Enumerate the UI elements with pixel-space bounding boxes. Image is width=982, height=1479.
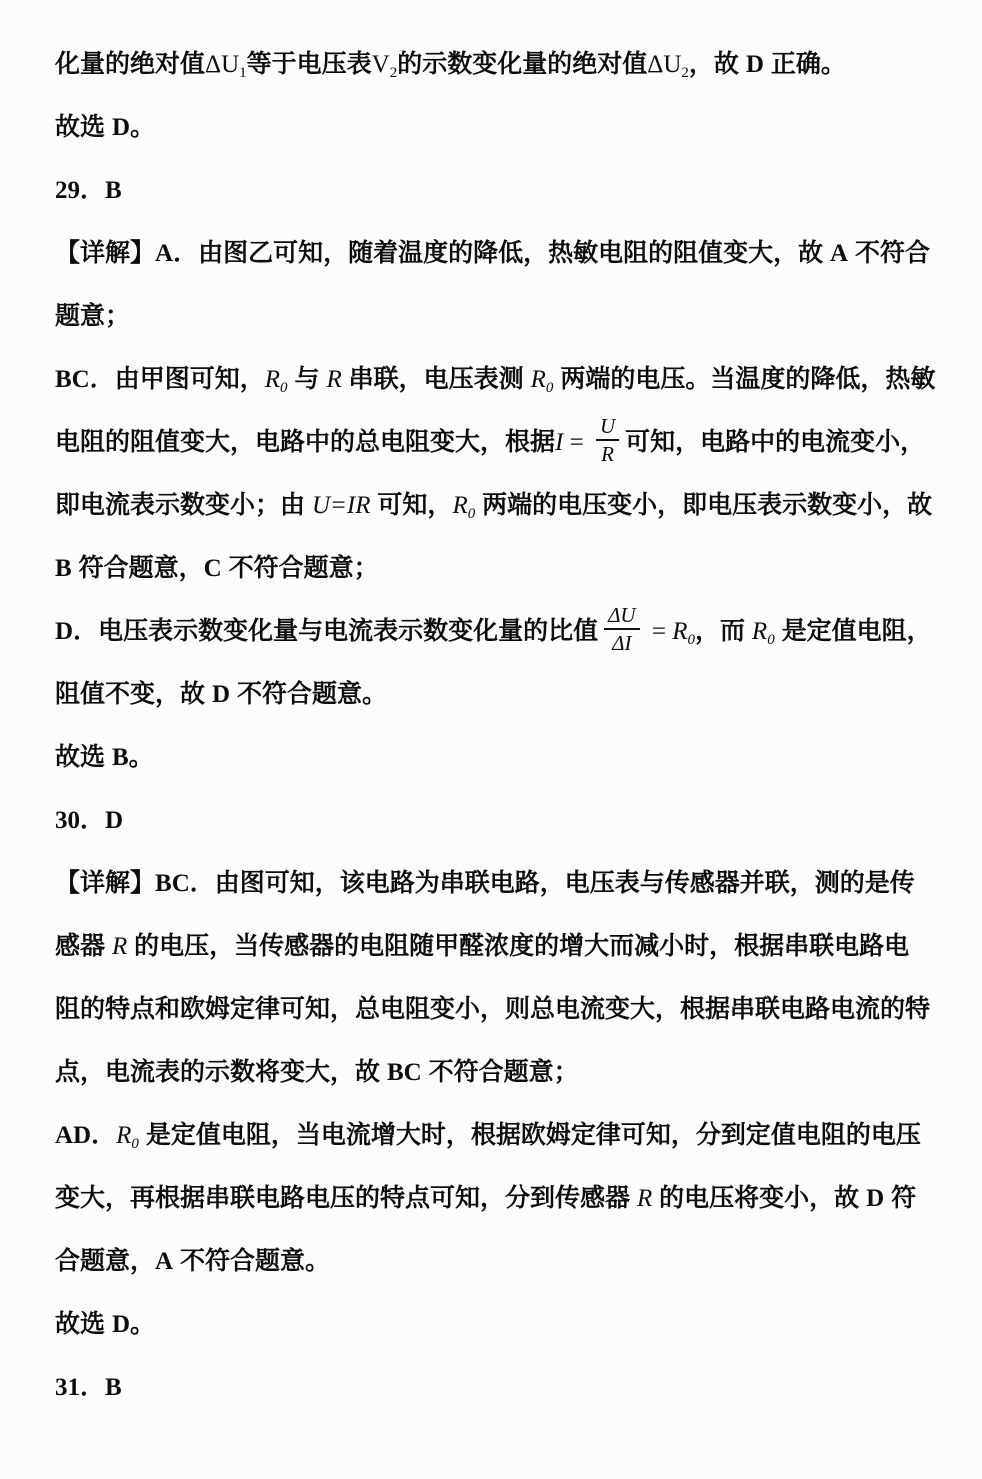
- text-run: 符合题意，: [72, 554, 204, 582]
- fraction-numerator: U: [596, 414, 619, 441]
- text-run: 是定值电阻，: [775, 617, 932, 645]
- fraction-denominator: R: [601, 441, 614, 466]
- text-run: ΔU1: [205, 51, 247, 78]
- text-run: 的电压，当传感器的电阻随甲醛浓度的增大而减小时，根据串联电路电: [127, 932, 909, 960]
- text-line: 【详解】A．由图乙可知，随着温度的降低，热敏电阻的阻值变大，故 A 不符合: [55, 222, 942, 285]
- text-run: 不符合题意；: [422, 1058, 579, 1086]
- text-run: 。: [130, 1310, 155, 1338]
- text-run: 。: [130, 113, 155, 141]
- text-run: 可知，: [370, 491, 452, 519]
- text-run: R0: [531, 366, 554, 393]
- text-run: 不符合题意。: [173, 1247, 330, 1275]
- text-run: 30．D: [55, 807, 123, 834]
- text-run: D: [866, 1185, 884, 1212]
- text-run: D: [55, 618, 73, 645]
- text-run: 不符合题意；: [222, 554, 379, 582]
- document-body: 化量的绝对值ΔU1等于电压表V2的示数变化量的绝对值ΔU2，故 D 正确。故选 …: [0, 0, 982, 1419]
- text-run: A: [155, 1248, 173, 1275]
- text-line: BC．由甲图可知，R0 与 R 串联，电压表测 R0 两端的电压。当温度的降低，…: [55, 348, 942, 411]
- subscript: 1: [239, 65, 247, 81]
- text-run: B: [55, 555, 72, 582]
- text-run: 正确。: [764, 50, 846, 78]
- text-run: 题意；: [55, 302, 130, 330]
- text-run: 变大，再根据串联电路电压的特点可知，分到传感器: [55, 1184, 637, 1212]
- text-run: U=IR: [312, 492, 371, 519]
- text-line: 阻的特点和欧姆定律可知，总电阻变小，则总电流变大，根据串联电路电流的特: [55, 978, 942, 1041]
- text-line: 即电流表示数变小；由 U=IR 可知，R0 两端的电压变小，即电压表示数变小，故: [55, 474, 942, 537]
- text-run: ．由图可知，该电路为串联电路，电压表与传感器并联，测的是传: [190, 869, 915, 897]
- text-run: 阻的特点和欧姆定律可知，总电阻变小，则总电流变大，根据串联电路电流的特: [55, 995, 930, 1023]
- subscript: 2: [681, 65, 689, 81]
- text-run: 串联，电压表测: [342, 365, 531, 393]
- text-run: ．由甲图可知，: [90, 365, 265, 393]
- text-run: D: [746, 51, 764, 78]
- subscript: 0: [131, 1136, 139, 1152]
- text-line: 题意；: [55, 285, 942, 348]
- text-run: R0: [672, 618, 695, 645]
- text-run: 【详解】: [55, 239, 155, 267]
- text-run: 的电压将变小，故: [652, 1184, 866, 1212]
- text-run: R0: [452, 492, 475, 519]
- text-line: 感器 R 的电压，当传感器的电阻随甲醛浓度的增大而减小时，根据串联电路电: [55, 915, 942, 978]
- answer-document-page: 化量的绝对值ΔU1等于电压表V2的示数变化量的绝对值ΔU2，故 D 正确。故选 …: [0, 0, 982, 1479]
- text-line: 30．D: [55, 789, 942, 852]
- text-run: ．: [91, 1121, 116, 1149]
- text-line: 化量的绝对值ΔU1等于电压表V2的示数变化量的绝对值ΔU2，故 D 正确。: [55, 33, 942, 96]
- text-run: ，而: [695, 617, 752, 645]
- text-run: 化量的绝对值: [55, 50, 205, 78]
- text-run: BC: [55, 366, 90, 393]
- text-line: 31．B: [55, 1356, 942, 1419]
- text-line: 故选 D。: [55, 1293, 942, 1356]
- subscript: 0: [767, 632, 775, 648]
- text-run: BC: [387, 1059, 422, 1086]
- text-run: ，故: [689, 50, 746, 78]
- text-line: 【详解】BC．由图可知，该电路为串联电路，电压表与传感器并联，测的是传: [55, 852, 942, 915]
- text-run: 不符合题意。: [230, 680, 387, 708]
- text-run: V2: [372, 51, 398, 78]
- text-run: R0: [752, 618, 775, 645]
- text-run: R: [112, 933, 127, 960]
- text-run: 是定值电阻，当电流增大时，根据欧姆定律可知，分到定值电阻的电压: [139, 1121, 921, 1149]
- text-run: B: [112, 744, 129, 771]
- text-run: 故选: [55, 743, 112, 771]
- subscript: 0: [687, 632, 695, 648]
- fraction: UR: [596, 414, 619, 466]
- text-run: 合题意，: [55, 1247, 155, 1275]
- text-line: 29．B: [55, 159, 942, 222]
- text-run: ．由图乙可知，随着温度的降低，热敏电阻的阻值变大，故: [173, 239, 830, 267]
- text-run: 故选: [55, 1310, 112, 1338]
- text-line: 合题意，A 不符合题意。: [55, 1230, 942, 1293]
- text-run: 31．B: [55, 1374, 122, 1401]
- text-run: 两端的电压变小，即电压表示数变小，故: [475, 491, 932, 519]
- text-run: AD: [55, 1122, 91, 1149]
- text-line: B 符合题意，C 不符合题意；: [55, 537, 942, 600]
- fraction-denominator: ΔI: [612, 630, 631, 655]
- text-run: 与: [288, 365, 327, 393]
- text-run: A: [155, 240, 173, 267]
- text-run: A: [830, 240, 848, 267]
- text-run: 【详解】: [55, 869, 155, 897]
- text-run: R: [637, 1185, 652, 1212]
- text-run: D: [112, 114, 130, 141]
- text-run: 阻值不变，故: [55, 680, 212, 708]
- text-run: =: [563, 429, 590, 456]
- text-run: 电阻的阻值变大，电路中的总电阻变大，根据: [55, 428, 555, 456]
- text-run: 可知，电路中的电流变小，: [625, 428, 925, 456]
- text-run: ΔU2: [647, 51, 689, 78]
- text-line: 阻值不变，故 D 不符合题意。: [55, 663, 942, 726]
- subscript: 0: [280, 380, 288, 396]
- fraction: ΔUΔI: [604, 603, 640, 655]
- text-run: R0: [265, 366, 288, 393]
- text-run: D: [212, 681, 230, 708]
- text-run: 即电流表示数变小；由: [55, 491, 312, 519]
- text-run: 符: [884, 1184, 916, 1212]
- text-run: 故选: [55, 113, 112, 141]
- text-run: 点，电流表的示数将变大，故: [55, 1058, 387, 1086]
- text-run: 29．B: [55, 177, 122, 204]
- text-line: 故选 B。: [55, 726, 942, 789]
- fraction-numerator: ΔU: [604, 603, 640, 630]
- text-line: 电阻的阻值变大，电路中的总电阻变大，根据I = UR可知，电路中的电流变小，: [55, 411, 942, 474]
- text-run: BC: [155, 870, 190, 897]
- text-line: AD．R0 是定值电阻，当电流增大时，根据欧姆定律可知，分到定值电阻的电压: [55, 1104, 942, 1167]
- text-run: R0: [116, 1122, 139, 1149]
- text-run: 不符合: [848, 239, 930, 267]
- text-run: 感器: [55, 932, 112, 960]
- text-run: 。: [129, 743, 154, 771]
- text-line: 变大，再根据串联电路电压的特点可知，分到传感器 R 的电压将变小，故 D 符: [55, 1167, 942, 1230]
- text-run: 等于电压表: [247, 50, 372, 78]
- text-run: 的示数变化量的绝对值: [397, 50, 647, 78]
- text-line: D．电压表示数变化量与电流表示数变化量的比值ΔUΔI = R0，而 R0 是定值…: [55, 600, 942, 663]
- text-run: ．电压表示数变化量与电流表示数变化量的比值: [73, 617, 598, 645]
- text-run: 两端的电压。当温度的降低，热敏: [553, 365, 935, 393]
- text-run: C: [204, 555, 222, 582]
- text-run: =: [646, 618, 673, 645]
- text-line: 点，电流表的示数将变大，故 BC 不符合题意；: [55, 1041, 942, 1104]
- text-run: R: [326, 366, 341, 393]
- text-line: 故选 D。: [55, 96, 942, 159]
- text-run: D: [112, 1311, 130, 1338]
